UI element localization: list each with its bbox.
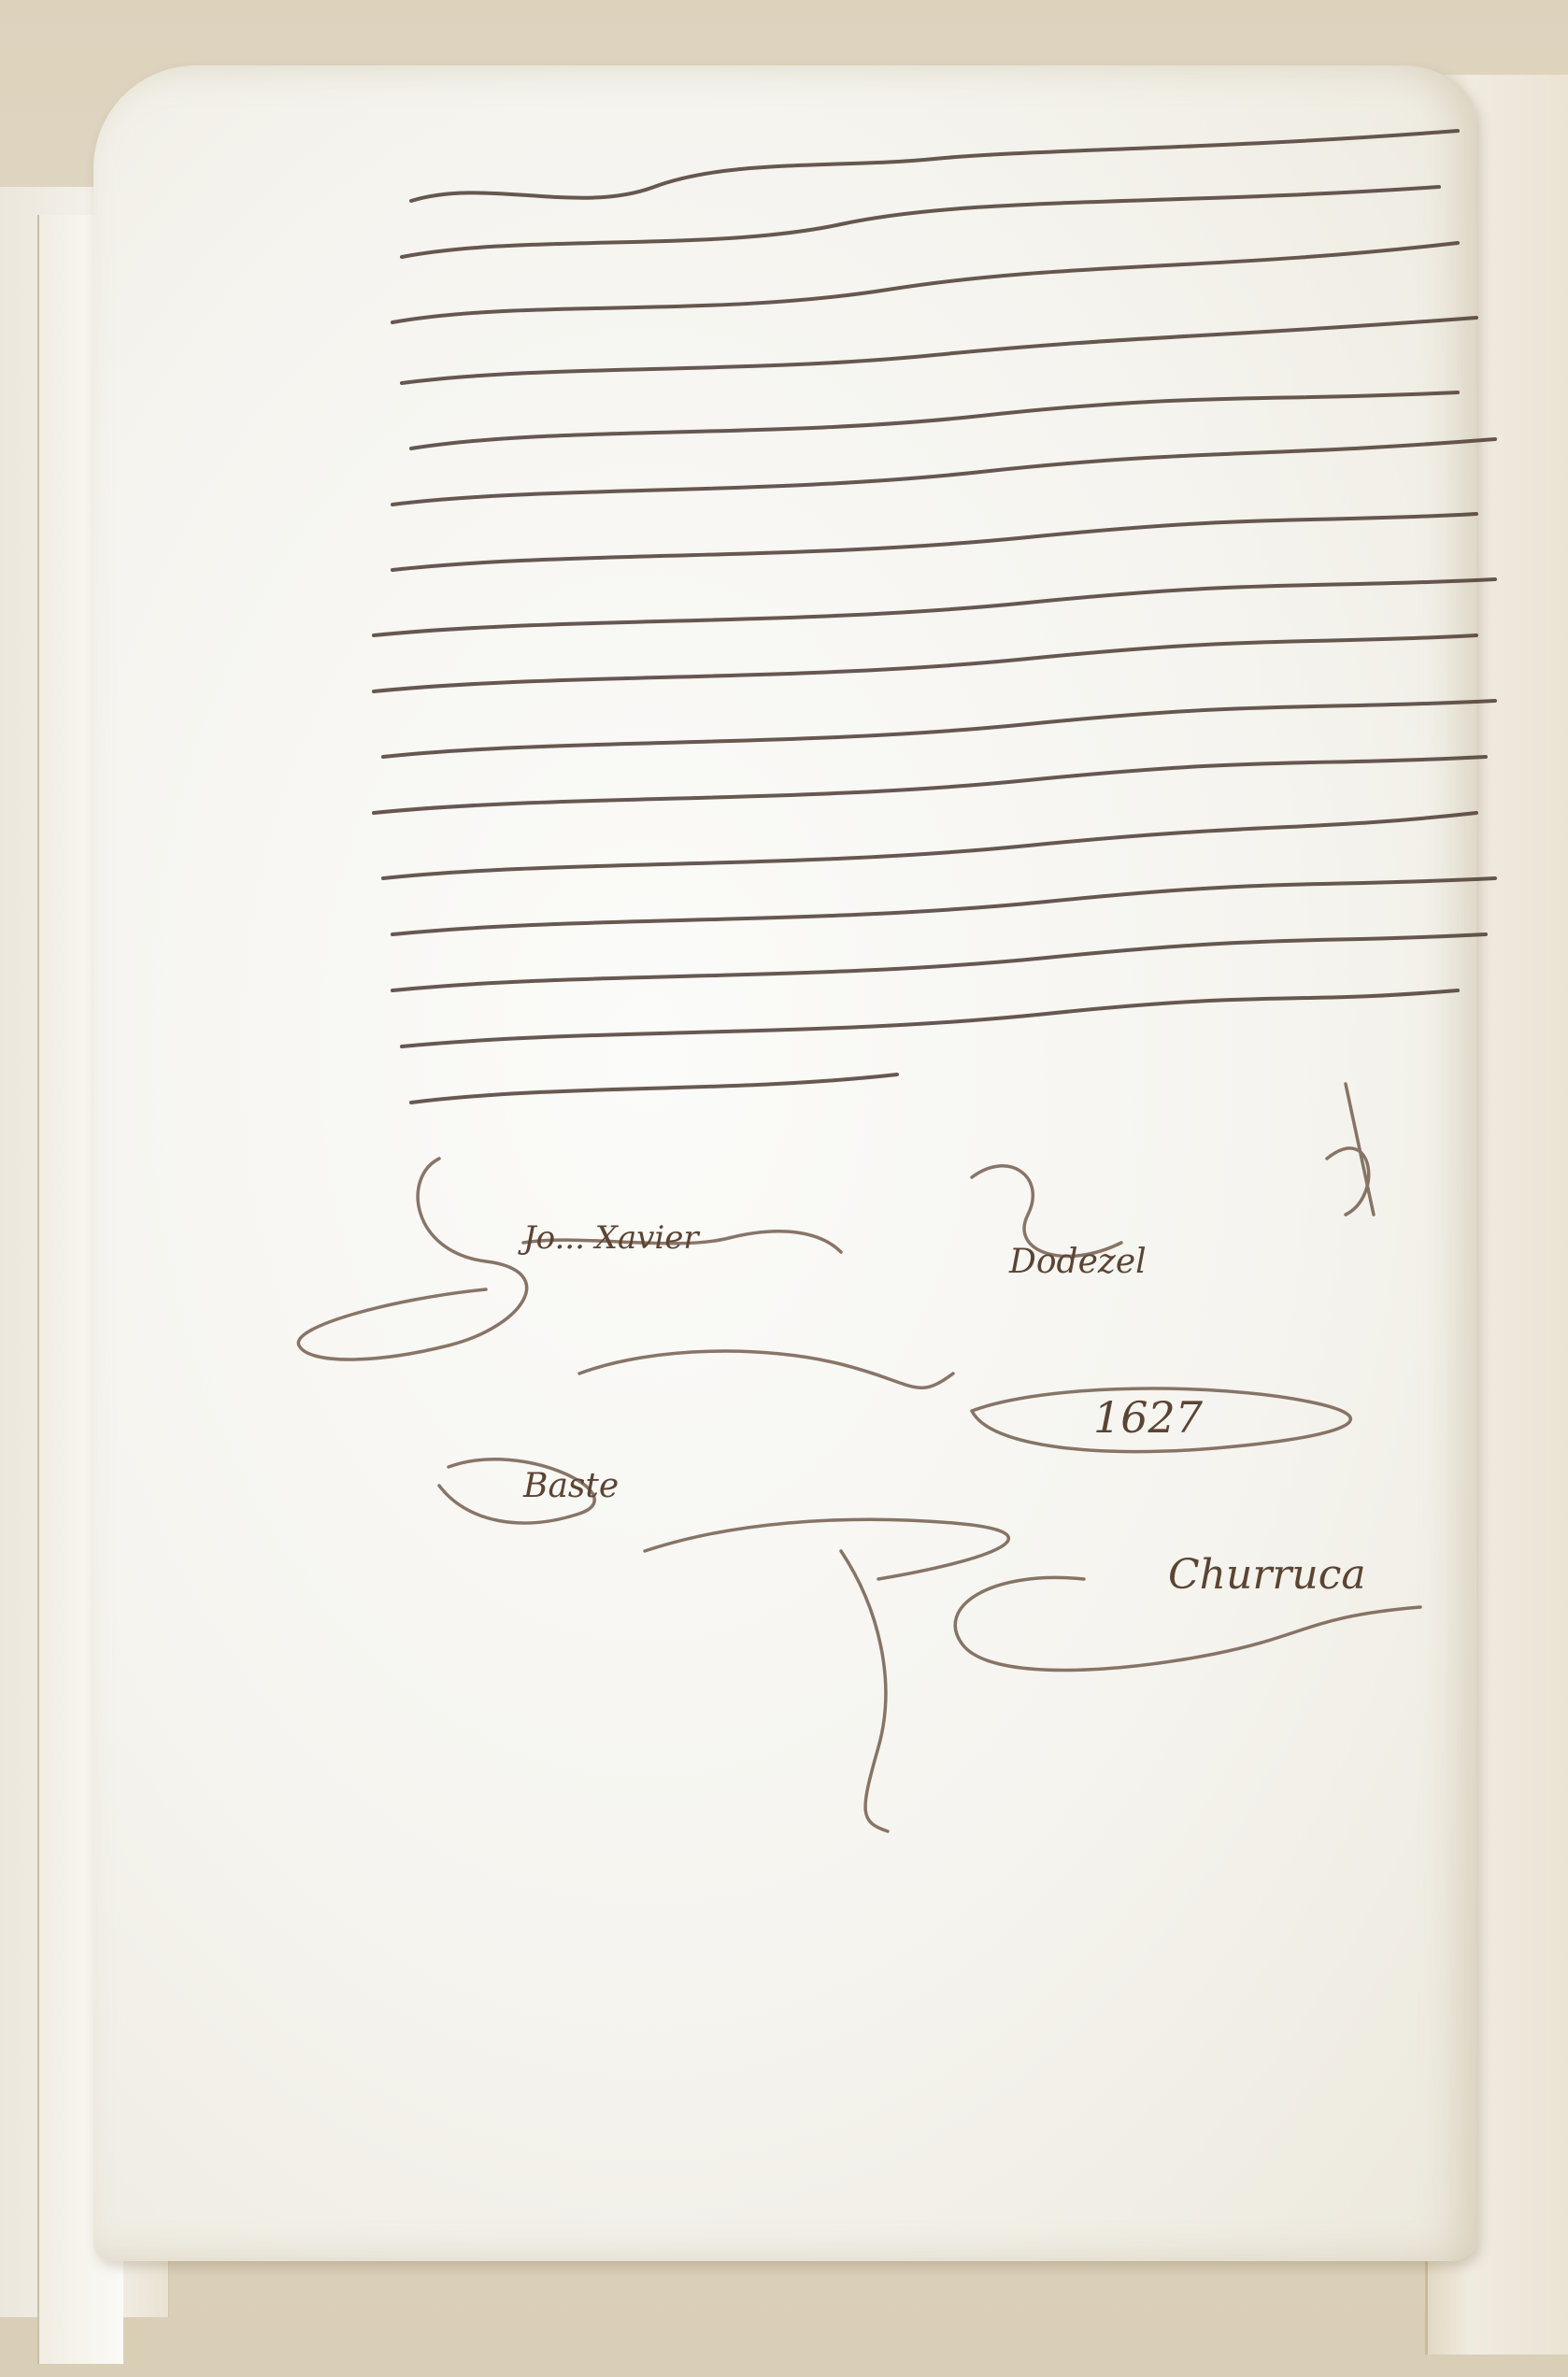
signature-bottom-right: Churruca [1168,1551,1366,1599]
manuscript-page [93,65,1476,2261]
photo-scene: 1627 Jo... Xavier Dodezel Baste Churruca [0,0,1568,2377]
signature-right-top: Dodezel [1009,1243,1147,1281]
date-mark: 1627 [1093,1392,1203,1443]
signature-bottom-left: Baste [523,1467,619,1505]
signature-left: Jo... Xavier [523,1219,699,1257]
